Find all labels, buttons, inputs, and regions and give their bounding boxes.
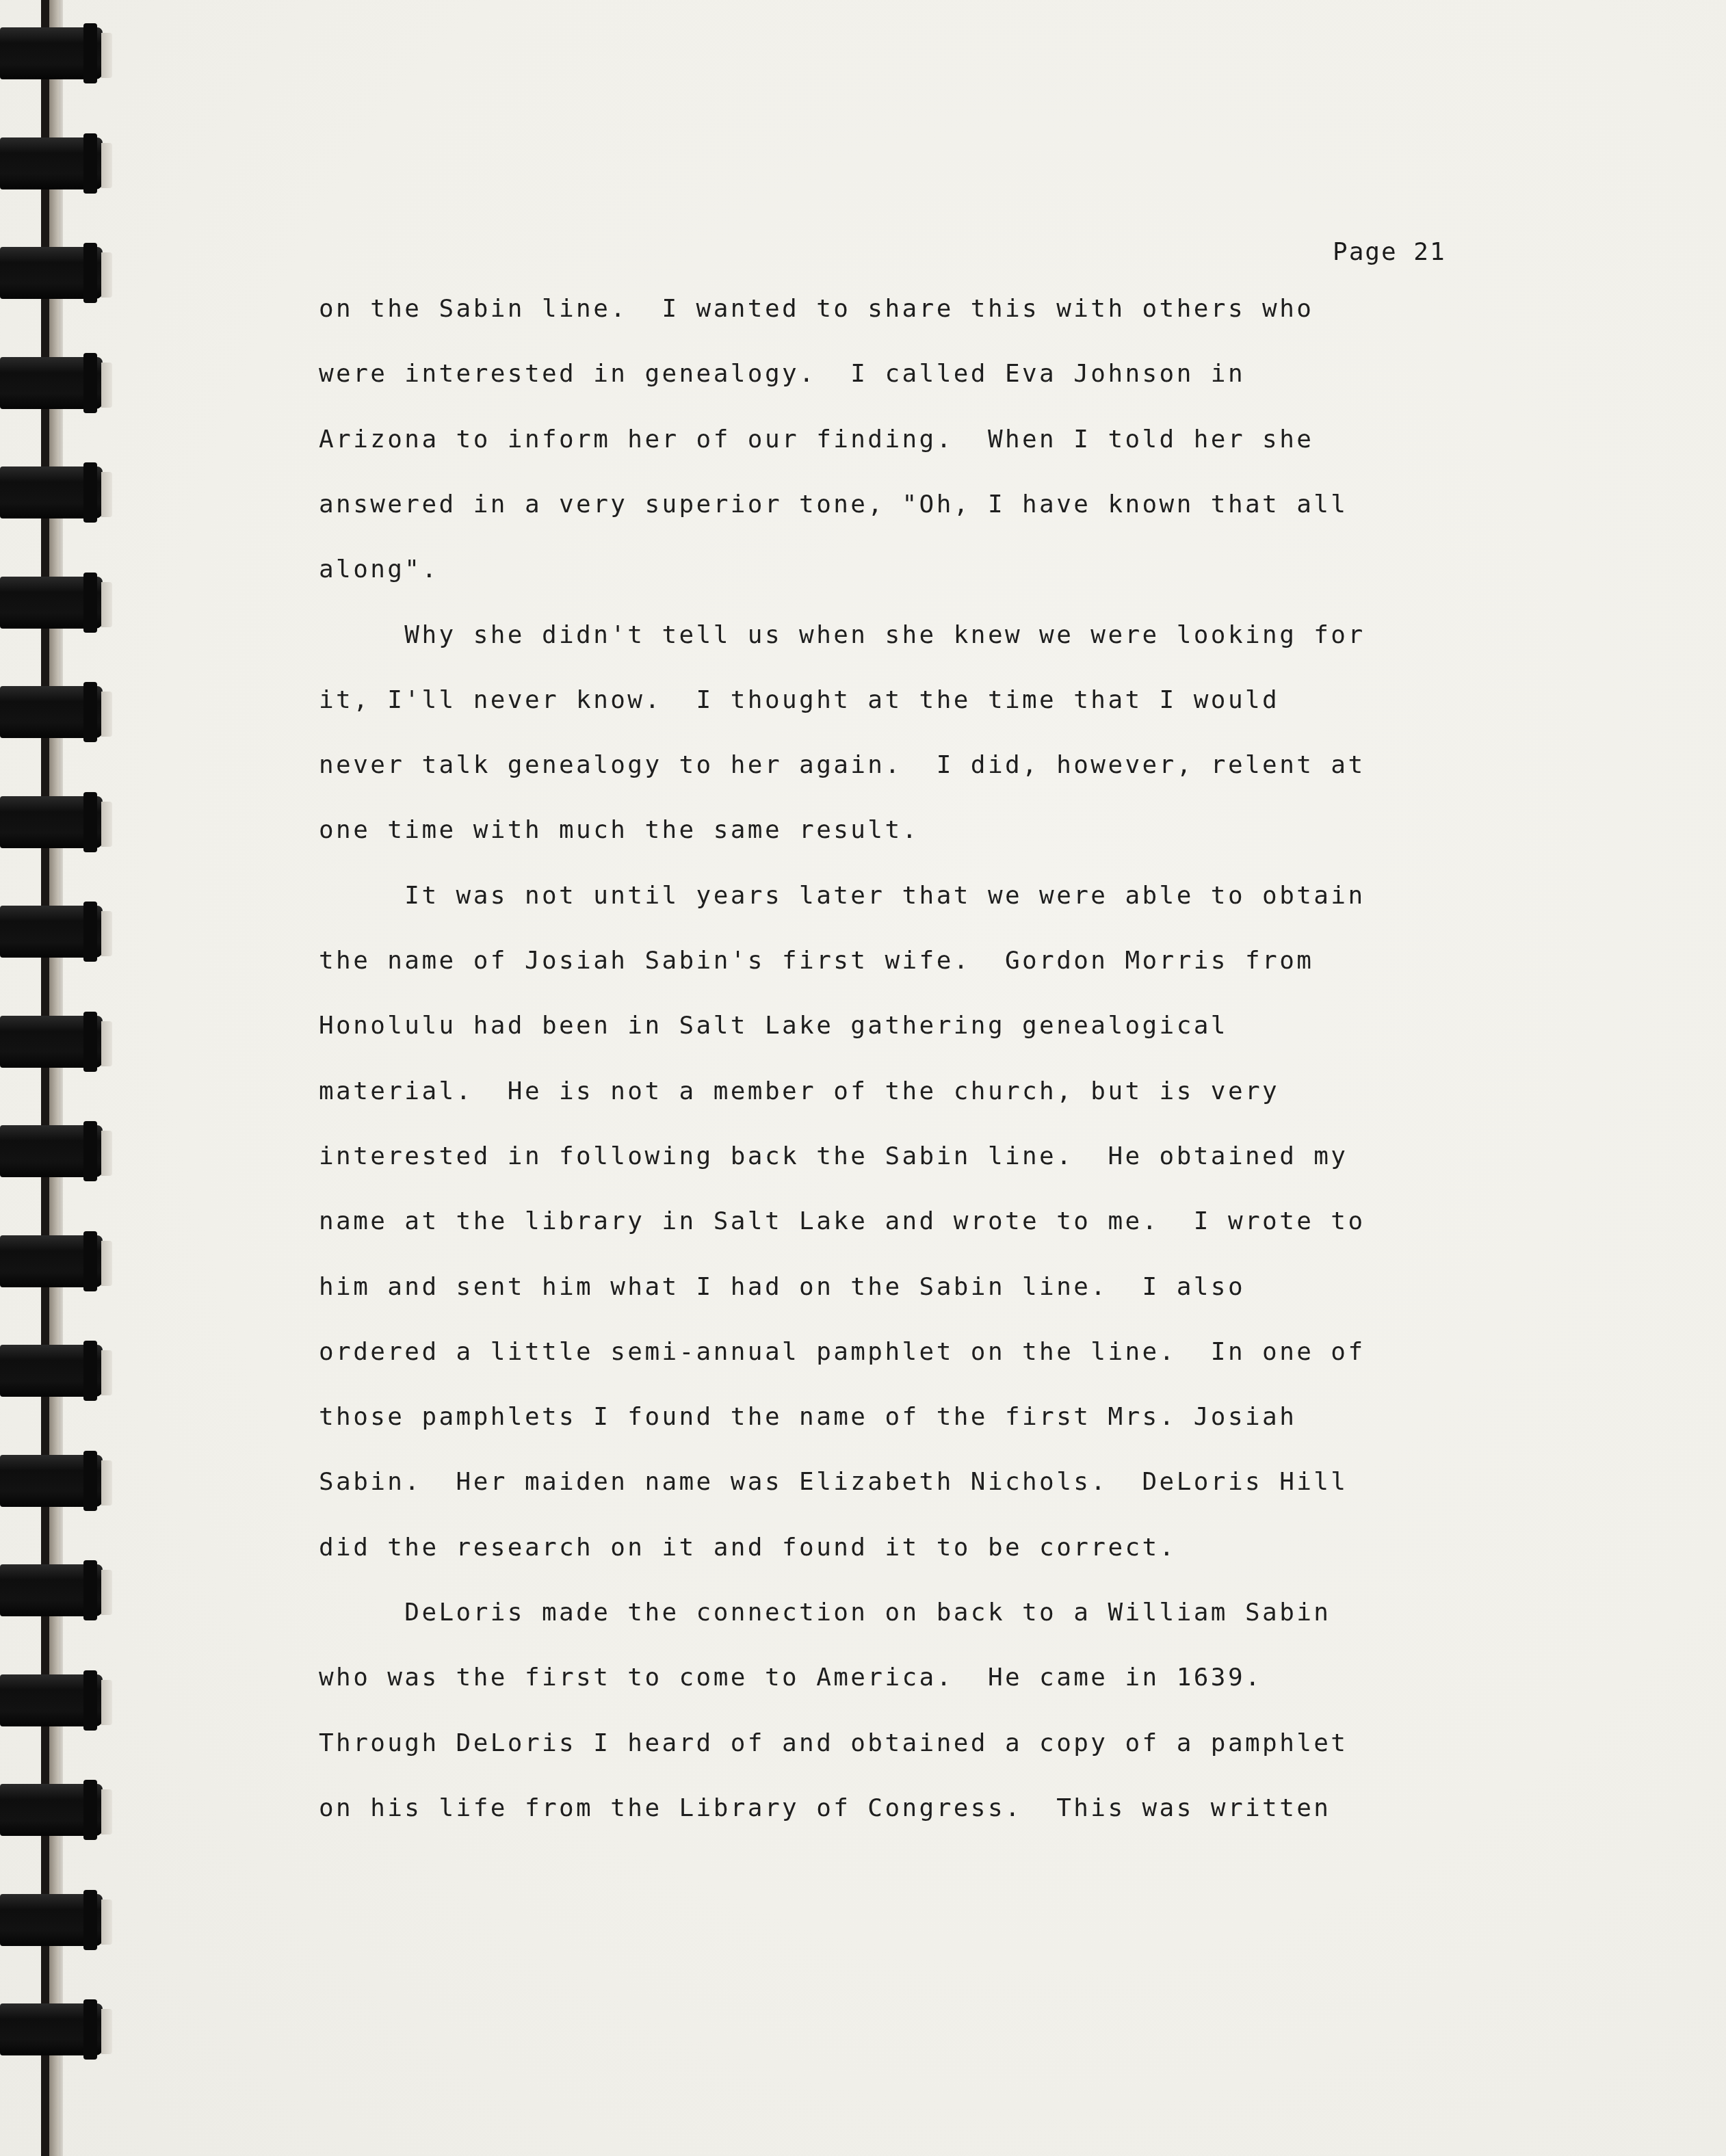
text-line: did the research on it and found it to b…: [319, 1533, 1177, 1563]
binding-coil-ring: [0, 577, 103, 629]
text-line: those pamphlets I found the name of the …: [319, 1402, 1296, 1432]
text-line: answered in a very superior tone, "Oh, I…: [319, 490, 1348, 520]
binding-coil-ring: [0, 27, 103, 79]
text-line: Sabin. Her maiden name was Elizabeth Nic…: [319, 1467, 1348, 1497]
binding-coil-ring: [0, 1016, 103, 1068]
binding-coil-ring: [0, 1125, 103, 1177]
text-line: who was the first to come to America. He…: [319, 1663, 1262, 1693]
binding-coil-ring: [0, 1235, 103, 1287]
text-line: were interested in genealogy. I called E…: [319, 359, 1245, 389]
text-line: never talk genealogy to her again. I did…: [319, 750, 1365, 780]
text-line: Arizona to inform her of our finding. Wh…: [319, 425, 1313, 455]
binding-coil-ring: [0, 357, 103, 409]
text-line: DeLoris made the connection on back to a…: [319, 1598, 1331, 1628]
text-line: him and sent him what I had on the Sabin…: [319, 1272, 1245, 1302]
text-line: on his life from the Library of Congress…: [319, 1793, 1331, 1824]
binding-coil-ring: [0, 137, 103, 189]
document-page: Page 21 on the Sabin line. I wanted to s…: [0, 0, 1726, 2156]
text-line: name at the library in Salt Lake and wro…: [319, 1207, 1365, 1237]
binding-coil-ring: [0, 466, 103, 518]
text-line: ordered a little semi-annual pamphlet on…: [319, 1337, 1365, 1367]
binding-coil-ring: [0, 796, 103, 848]
binding-coil-ring: [0, 247, 103, 299]
text-line: one time with much the same result.: [319, 815, 919, 845]
text-line: on the Sabin line. I wanted to share thi…: [319, 294, 1313, 324]
binding-coil-ring: [0, 906, 103, 958]
text-line: material. He is not a member of the chur…: [319, 1077, 1279, 1107]
text-line: Through DeLoris I heard of and obtained …: [319, 1728, 1348, 1759]
spiral-binding: [0, 0, 116, 2156]
binding-coil-ring: [0, 2003, 103, 2055]
binding-coil-ring: [0, 1564, 103, 1616]
text-line: along".: [319, 555, 439, 585]
binding-coil-ring: [0, 1784, 103, 1836]
text-line: Why she didn't tell us when she knew we …: [319, 620, 1365, 650]
text-line: interested in following back the Sabin l…: [319, 1142, 1348, 1172]
binding-coil-ring: [0, 1674, 103, 1726]
page-number: Page 21: [1333, 238, 1446, 266]
binding-coil-ring: [0, 1455, 103, 1507]
text-line: It was not until years later that we wer…: [319, 881, 1365, 911]
text-line: it, I'll never know. I thought at the ti…: [319, 685, 1279, 715]
binding-coil-ring: [0, 1894, 103, 1946]
text-line: Honolulu had been in Salt Lake gathering…: [319, 1011, 1228, 1041]
text-line: the name of Josiah Sabin's first wife. G…: [319, 946, 1313, 976]
binding-coil-ring: [0, 686, 103, 738]
binding-coil-ring: [0, 1345, 103, 1397]
